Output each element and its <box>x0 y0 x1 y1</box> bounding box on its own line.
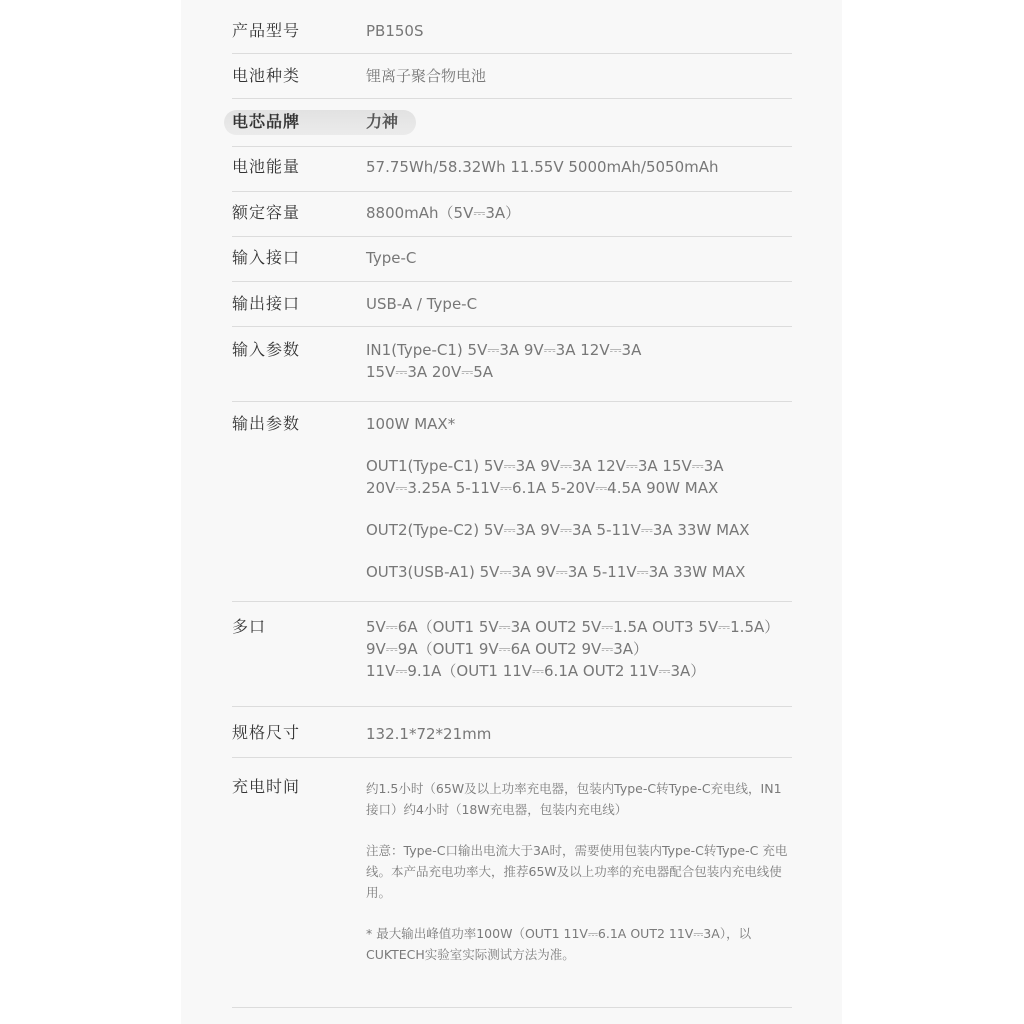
spec-label-dimensions: 规格尺寸 <box>232 723 300 743</box>
divider <box>232 601 792 602</box>
charging-time-text: 约1.5小时（65W及以上功率充电器，包装内Type-C转Type-C充电线，I… <box>366 778 791 820</box>
spec-value-input-params: IN1(Type-C1) 5V⎓3A 9V⎓3A 12V⎓3A 15V⎓3A 2… <box>366 339 641 383</box>
spec-label-battery-energy: 电池能量 <box>232 157 300 177</box>
spec-label-input-params: 输入参数 <box>232 340 300 360</box>
spec-label-rated-capacity: 额定容量 <box>232 203 300 223</box>
divider <box>232 98 792 99</box>
spec-label-model: 产品型号 <box>232 21 300 41</box>
divider <box>232 146 792 147</box>
spec-label-battery-type: 电池种类 <box>232 66 300 86</box>
spec-value-multi-port: 5V⎓6A（OUT1 5V⎓3A OUT2 5V⎓1.5A OUT3 5V⎓1.… <box>366 616 779 682</box>
divider <box>232 281 792 282</box>
spec-value-charging-time: 约1.5小时（65W及以上功率充电器，包装内Type-C转Type-C充电线，I… <box>366 778 791 985</box>
divider <box>232 1007 792 1008</box>
spec-value-cell-brand: 力神 <box>366 111 398 133</box>
spec-label-input-port: 输入接口 <box>232 248 300 268</box>
divider <box>232 191 792 192</box>
spec-panel: 产品型号 PB150S 电池种类 锂离子聚合物电池 电芯品牌 力神 电池能量 5… <box>181 0 842 1024</box>
divider <box>232 236 792 237</box>
charging-note: 注意：Type-C口输出电流大于3A时，需要使用包装内Type-C转Type-C… <box>366 840 791 903</box>
spec-value-output-params: 100W MAX* OUT1(Type-C1) 5V⎓3A 9V⎓3A 12V⎓… <box>366 413 750 583</box>
divider <box>232 326 792 327</box>
spec-value-output-port: USB-A / Type-C <box>366 293 477 315</box>
spec-label-charging-time: 充电时间 <box>232 777 300 797</box>
divider <box>232 401 792 402</box>
spec-value-battery-energy: 57.75Wh/58.32Wh 11.55V 5000mAh/5050mAh <box>366 156 719 178</box>
divider <box>232 706 792 707</box>
spec-value-battery-type: 锂离子聚合物电池 <box>366 65 486 87</box>
divider <box>232 757 792 758</box>
peak-power-footnote: * 最大输出峰值功率100W（OUT1 11V⎓6.1A OUT2 11V⎓3A… <box>366 923 791 965</box>
spec-value-model: PB150S <box>366 20 424 42</box>
spec-label-output-params: 输出参数 <box>232 414 300 434</box>
spec-value-rated-capacity: 8800mAh（5V⎓3A） <box>366 202 520 224</box>
divider <box>232 53 792 54</box>
spec-label-multi-port: 多口 <box>232 617 266 637</box>
spec-value-input-port: Type-C <box>366 247 416 269</box>
spec-label-cell-brand: 电芯品牌 <box>232 112 300 132</box>
spec-value-dimensions: 132.1*72*21mm <box>366 723 491 745</box>
spec-label-output-port: 输出接口 <box>232 294 300 314</box>
